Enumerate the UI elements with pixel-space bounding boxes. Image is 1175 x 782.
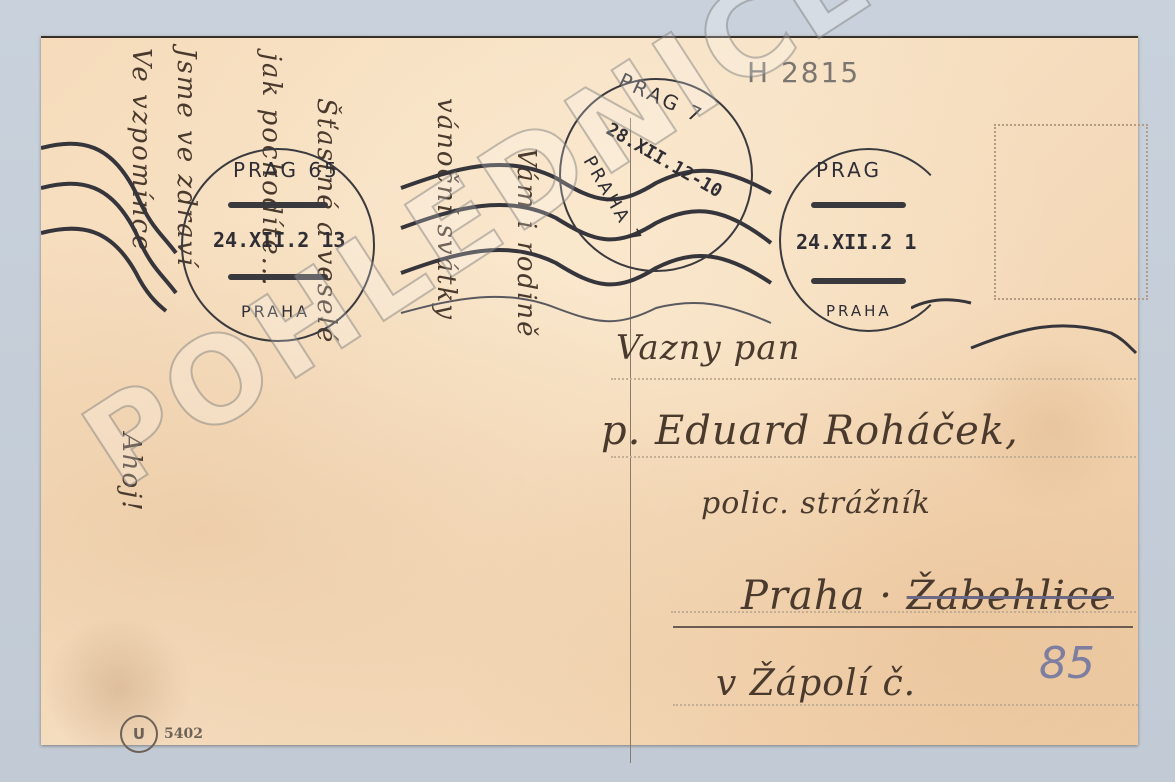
stamp-placement-box <box>994 124 1148 300</box>
house-number: 85 <box>1039 638 1095 689</box>
postmark-city-top: PRAG <box>816 158 882 182</box>
inventory-mark: H 2815 <box>747 56 860 89</box>
address-street: v Žápolí č. <box>716 663 916 704</box>
publisher-mark: U 5402 <box>120 715 203 753</box>
postmark-date: 24.XII.2 1 <box>796 230 916 254</box>
postmark-bar <box>228 202 328 208</box>
postmark-center: PRAG 7 28.XII.12-10 PRAHA 7 <box>559 78 753 272</box>
postmark-date: 24.XII.2 13 <box>213 228 345 252</box>
postcard-back: H 2815 Vazny pan p. Eduard Roháček, poli… <box>41 36 1138 745</box>
struck-district: Žabehlice <box>907 573 1114 619</box>
city-name: Praha <box>741 573 866 619</box>
address-underline <box>673 626 1133 628</box>
address-name: p. Eduard Roháček, <box>601 408 1019 454</box>
postmark-date: 28.XII.12-10 <box>602 119 725 202</box>
postmark-city-bottom: PRAHA 7 <box>579 152 647 248</box>
address-dotted-line-4 <box>673 704 1138 706</box>
publisher-monogram-icon: U <box>120 715 158 753</box>
postmark-bar <box>811 278 906 284</box>
postmark-left: PRAG 65 24.XII.2 13 PRAHA <box>181 148 375 342</box>
postmark-right: PRAG 24.XII.2 1 PRAHA <box>779 148 958 332</box>
postmark-city-bottom: PRAHA <box>241 302 310 321</box>
postmark-bar <box>811 202 906 208</box>
address-dotted-line-2 <box>611 456 1136 458</box>
postmark-city-top: PRAG 65 <box>233 158 340 182</box>
publisher-number: 5402 <box>164 726 203 742</box>
postmark-city-bottom: PRAHA <box>826 302 892 320</box>
wavy-cancel-left <box>41 133 181 313</box>
address-dotted-line-1 <box>611 378 1136 380</box>
postmark-bar <box>228 274 328 280</box>
message-signoff: Ahoj! <box>116 433 146 513</box>
address-city: Praha · Žabehlice <box>741 573 1114 619</box>
address-title: polic. strážník <box>701 486 931 521</box>
wavy-cancel-right <box>911 278 1138 368</box>
